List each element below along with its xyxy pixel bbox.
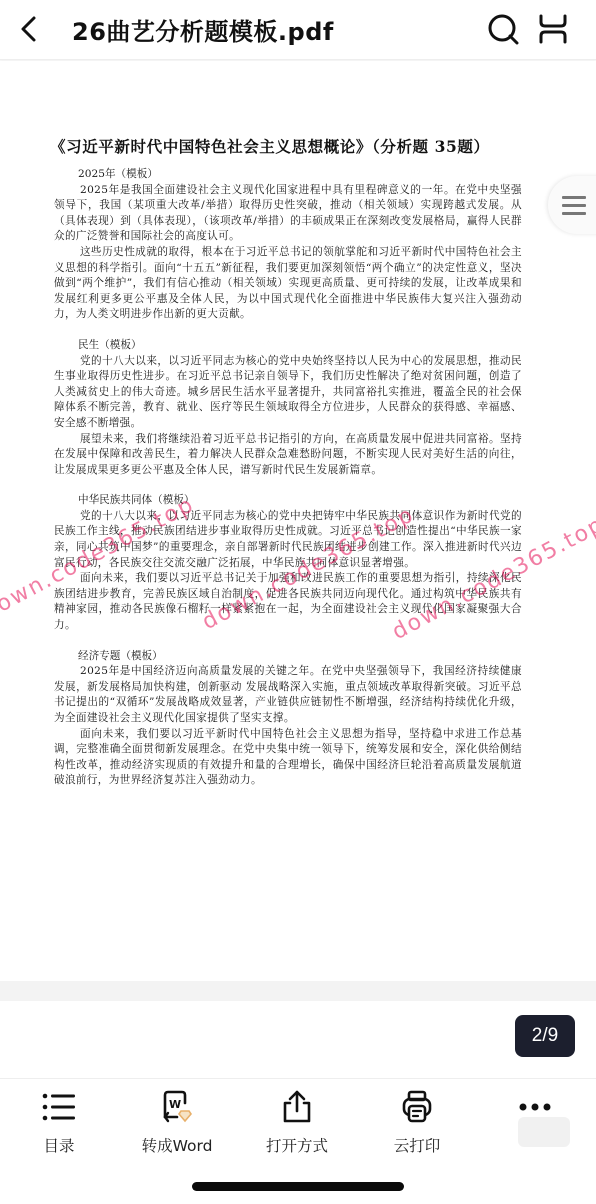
paragraph: 党的十八大以来，以习近平同志为核心的党中央把铸牢中华民族共同体意识作为新时代党的…: [52, 509, 522, 571]
list-icon: [42, 1092, 76, 1122]
paragraph: 这些历史性成就的取得，根本在于习近平总书记的领航掌舵和习近平新时代中国特色社会主…: [52, 245, 522, 323]
toc-button[interactable]: 目录: [4, 1087, 114, 1159]
section-heading: 民生（模板）: [52, 338, 522, 354]
page-indicator: 2/9: [515, 1015, 575, 1057]
expand-menu-icon: [536, 12, 570, 46]
chevron-left-icon: [16, 13, 44, 45]
open-with-label: 打开方式: [266, 1134, 328, 1156]
next-pdf-page[interactable]: [0, 1001, 596, 1081]
doc-heading: 《习近平新时代中国特色社会主义思想概论》（分析题 35题）: [50, 135, 522, 157]
page-separator: [0, 981, 596, 1001]
search-icon: [486, 12, 520, 46]
section-livelihood: 民生（模板） 党的十八大以来，以习近平同志为核心的党中央始终坚持以人民为中心的发…: [52, 338, 522, 478]
open-with-button[interactable]: 打开方式: [242, 1087, 352, 1159]
cloud-print-label: 云打印: [394, 1134, 441, 1156]
printer-icon: [400, 1089, 434, 1125]
convert-word-label: 转成Word: [142, 1134, 213, 1156]
faded-overlay: [518, 1117, 570, 1147]
toc-label: 目录: [43, 1134, 74, 1156]
paragraph: 面向未来，我们要以习近平新时代中国特色社会主义思想为指导，坚持稳中求进工作总基调…: [52, 727, 522, 789]
paragraph: 展望未来，我们将继续沿着习近平总书记指引的方向，在高质量发展中促进共同富裕。坚持…: [52, 432, 522, 479]
section-2025: 2025年（模板） 2025年是我国全面建设社会主义现代化国家进程中具有里程碑意…: [52, 167, 522, 323]
top-bar: 26曲艺分析题模板.pdf: [0, 0, 596, 60]
paragraph: 2025年是我国全面建设社会主义现代化国家进程中具有里程碑意义的一年。在党中央坚…: [52, 183, 522, 245]
home-indicator[interactable]: [192, 1182, 404, 1191]
section-heading: 2025年（模板）: [52, 167, 522, 183]
search-button[interactable]: [486, 12, 520, 46]
cloud-print-button[interactable]: 云打印: [362, 1087, 472, 1159]
paragraph: 2025年是中国经济迈向高质量发展的关键之年。在党中央坚强领导下，我国经济持续健…: [52, 664, 522, 726]
section-economy: 经济专题（模板） 2025年是中国经济迈向高质量发展的关键之年。在党中央坚强领导…: [52, 649, 522, 789]
convert-word-button[interactable]: W 转成Word: [122, 1087, 232, 1159]
back-button[interactable]: [16, 13, 44, 45]
share-icon: [280, 1089, 314, 1125]
paragraph: 面向未来，我们要以习近平总书记关于加强和改进民族工作的重要思想为指引，持续深化民…: [52, 571, 522, 633]
convert-word-icon: W: [159, 1089, 195, 1125]
section-heading: 经济专题（模板）: [52, 649, 522, 665]
document-title: 26曲艺分析题模板.pdf: [72, 12, 334, 47]
section-national-community: 中华民族共同体（模板） 党的十八大以来，以习近平同志为核心的党中央把铸牢中华民族…: [52, 493, 522, 633]
expand-menu-button[interactable]: [536, 12, 570, 46]
paragraph: 党的十八大以来，以习近平同志为核心的党中央始终坚持以人民为中心的发展思想，推动民…: [52, 354, 522, 432]
pdf-content: 《习近平新时代中国特色社会主义思想概论》（分析题 35题） 2025年（模板） …: [52, 135, 522, 804]
more-icon: [518, 1101, 552, 1113]
section-heading: 中华民族共同体（模板）: [52, 493, 522, 509]
svg-text:W: W: [169, 1098, 181, 1111]
